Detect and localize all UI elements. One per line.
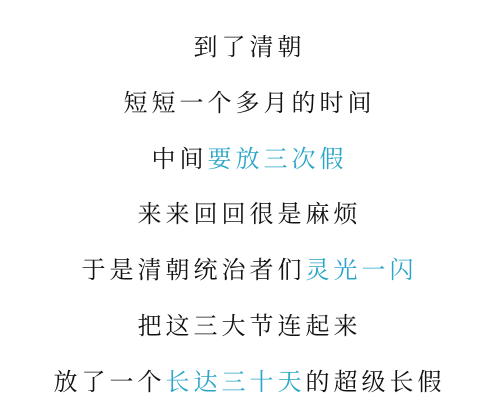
text-poster: 到了清朝 短短一个多月的时间 中间要放三次假 来来回回很是麻烦 于是清朝统治者们…: [0, 0, 499, 406]
text-line-7: 放了一个长达三十天的超级长假: [0, 367, 499, 397]
line-5-text-plain: 于是清朝统治者们: [82, 256, 306, 284]
line-3-text-plain: 中间: [152, 145, 208, 173]
line-7-text-plain: 放了一个: [54, 368, 166, 396]
line-5-text-highlight: 灵光一闪: [306, 256, 418, 284]
line-3-text-highlight: 要放三次假: [208, 145, 348, 173]
text-line-6: 把这三大节连起来: [0, 311, 499, 341]
line-2-text: 短短一个多月的时间: [124, 89, 376, 117]
text-line-2: 短短一个多月的时间: [0, 88, 499, 118]
line-4-text: 来来回回很是麻烦: [138, 200, 362, 228]
line-7-text-highlight: 长达三十天: [166, 368, 306, 396]
text-line-3: 中间要放三次假: [0, 144, 499, 174]
line-7-text-plain-end: 的超级长假: [306, 368, 446, 396]
text-line-1: 到了清朝: [0, 32, 499, 62]
line-1-text: 到了清朝: [194, 33, 306, 61]
text-line-4: 来来回回很是麻烦: [0, 199, 499, 229]
line-6-text: 把这三大节连起来: [138, 312, 362, 340]
text-line-5: 于是清朝统治者们灵光一闪: [0, 255, 499, 285]
